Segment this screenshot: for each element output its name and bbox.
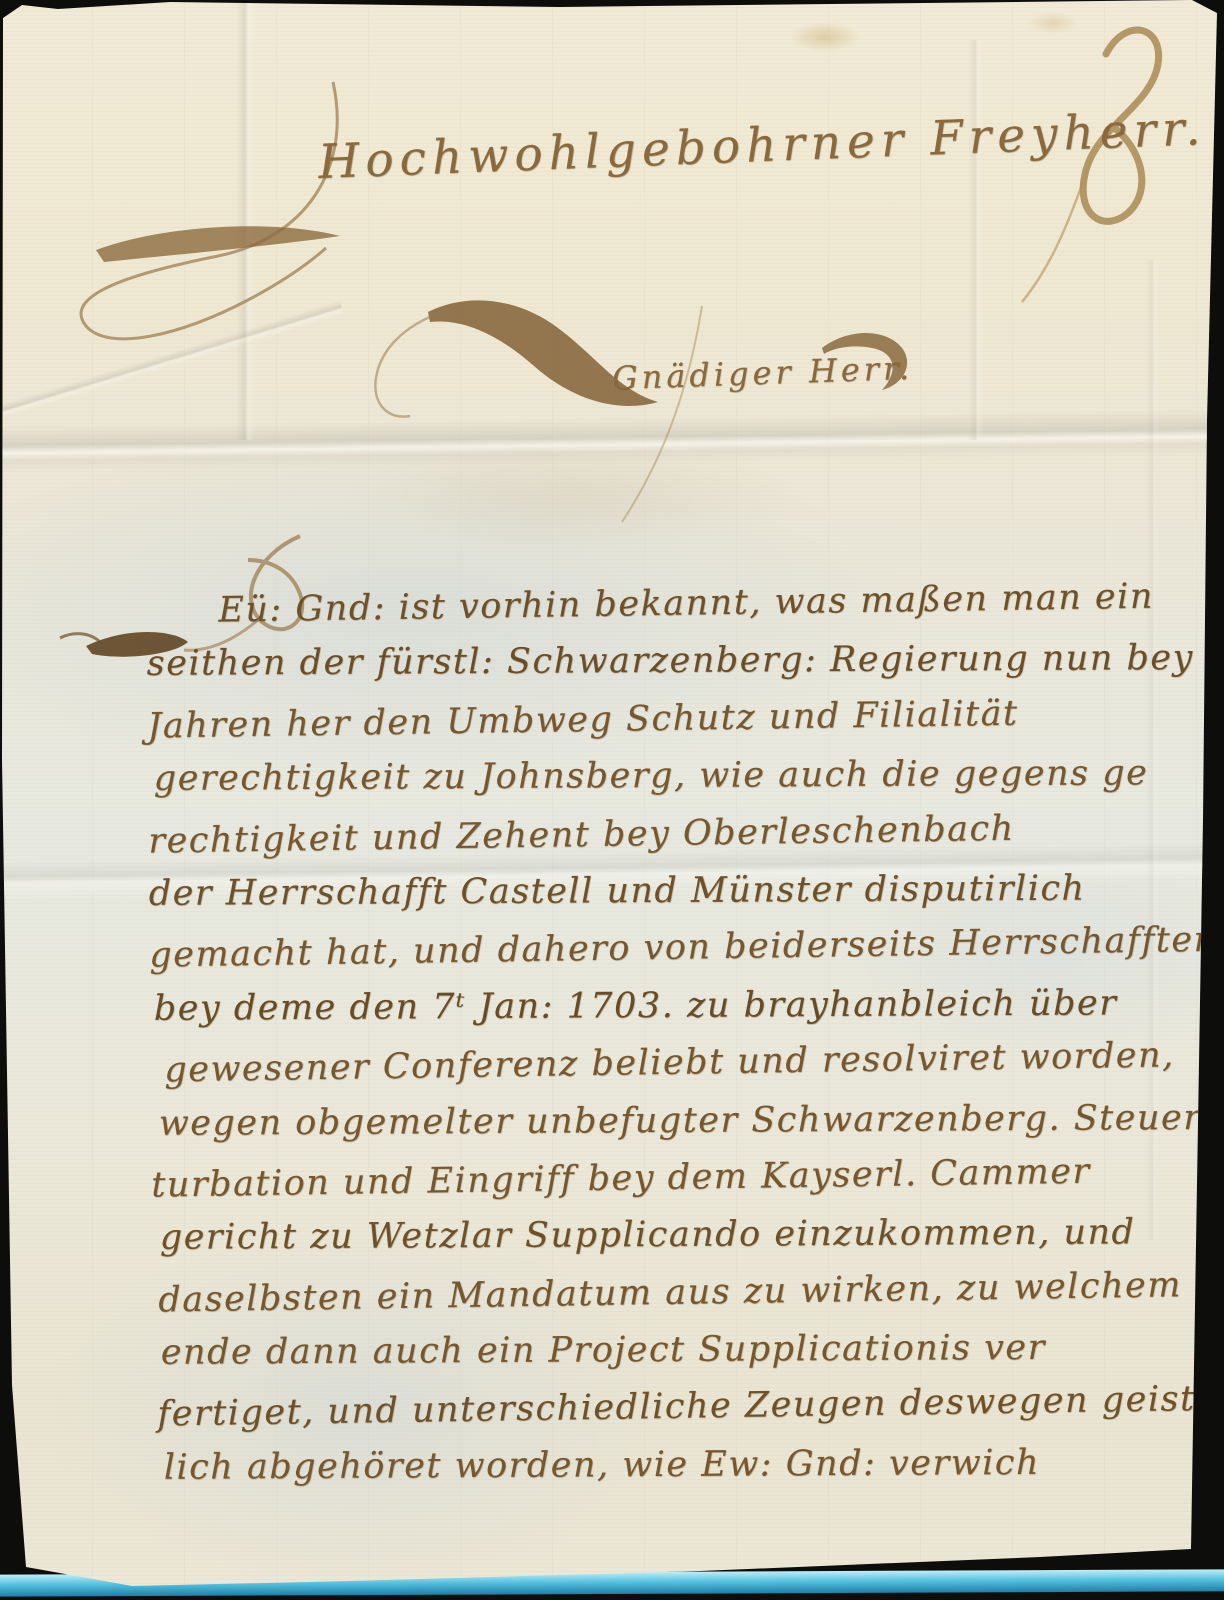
body-line: daselbsten ein Mandatum aus zu wirken, z… xyxy=(152,1257,1173,1330)
body-line: gewesener Conferenz beliebt und resolvir… xyxy=(150,1028,1171,1101)
diagonal-crease-top-left xyxy=(0,301,344,425)
letter-heading: Hochwohlgebohrner Freyherr. xyxy=(317,101,1207,190)
salutation-descender-hairline xyxy=(622,306,702,522)
heading-swash-flourish xyxy=(81,82,337,339)
body-line: wegen obgemelter unbefugter Schwarzenber… xyxy=(151,1090,1171,1153)
margin-ink-hook xyxy=(60,634,100,642)
body-line: Jahren her den Umbweg Schutz und Filiali… xyxy=(147,683,1168,756)
body-line: turbation und Eingriff bey dem Kayserl. … xyxy=(151,1142,1172,1215)
body-line: rechtigkeit und Zehent bey Oberleschenba… xyxy=(148,798,1169,871)
salutation-ribbon-tail xyxy=(375,316,432,417)
body-line: lich abgehöret worden, wie Ew: Gnd: verw… xyxy=(154,1434,1174,1497)
scanned-letter-image: Hochwohlgebohrner Freyherr. Gnädiger Her… xyxy=(0,0,1224,1600)
letter-body: Eü: Gnd: ist vorhin bekannt, was maßen m… xyxy=(146,572,1174,1499)
body-line: gericht zu Wetzlar Supplicando einzukomm… xyxy=(152,1204,1172,1267)
heading-swash-blob xyxy=(96,226,340,262)
vertical-fold-crease-right xyxy=(968,40,984,440)
horizontal-fold-crease-upper xyxy=(0,409,1224,473)
paper-stain xyxy=(790,22,860,52)
body-line: gemacht hat, und dahero von beiderseits … xyxy=(149,913,1170,986)
letter-sheet: Hochwohlgebohrner Freyherr. Gnädiger Her… xyxy=(0,0,1224,1600)
body-line: gerechtigkeit zu Johnsberg, wie auch die… xyxy=(148,745,1168,808)
figure-eight-tail xyxy=(1022,162,1090,302)
body-line: seithen der fürstl: Schwarzenberg: Regie… xyxy=(147,631,1167,694)
vertical-fold-crease-left xyxy=(236,0,256,440)
body-line: fertiget, und unterschiedliche Zeugen de… xyxy=(153,1372,1174,1445)
body-line: bey deme den 7ᵗ Jan: 1703. zu brayhanble… xyxy=(150,975,1170,1038)
letter-salutation: Gnädiger Herr. xyxy=(611,349,913,397)
ink-showthrough xyxy=(340,440,800,550)
paper-stain-small xyxy=(1028,12,1078,34)
